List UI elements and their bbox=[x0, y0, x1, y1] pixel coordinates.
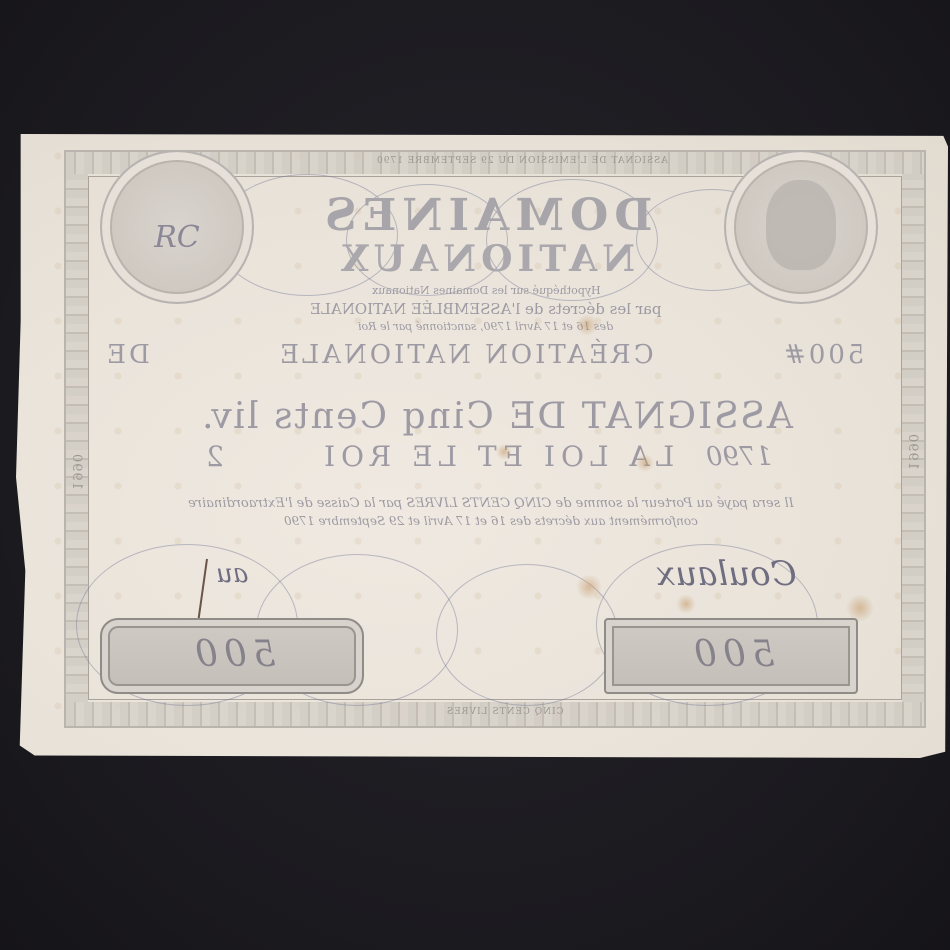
header-line-3: des 16 et 17 Avril 1790, sanctionné par … bbox=[266, 320, 706, 333]
foxing-spot bbox=[576, 574, 602, 600]
promise-line-2: conformément aux décrets des 16 et 17 Av… bbox=[106, 514, 876, 528]
creation-mid: CRÉATION NATIONALE bbox=[277, 340, 654, 370]
serial-number-2: 2 bbox=[206, 440, 224, 473]
seal-monogram: RC bbox=[102, 220, 252, 255]
year-1790: 1790 bbox=[706, 442, 772, 472]
headline-nationaux: NATIONAUX bbox=[266, 238, 706, 280]
signature-right: Coulaux bbox=[656, 554, 797, 594]
creation-line: DE CRÉATION NATIONALE 500# bbox=[104, 340, 864, 370]
main-title: ASSIGNAT DE Cinq Cents liv. bbox=[136, 396, 856, 437]
foxing-spot bbox=[576, 314, 598, 336]
creation-value: 500# bbox=[781, 340, 864, 370]
signature-left: au bbox=[216, 559, 248, 589]
left-value-cartouche: 500 bbox=[100, 618, 364, 694]
headline-domaines: DOMAINES bbox=[266, 190, 706, 241]
king-portrait-icon bbox=[766, 180, 836, 270]
banknote: ASSIGNAT DE L'EMISSION DU 29 SEPTEMBRE 1… bbox=[16, 134, 948, 758]
left-value: 500 bbox=[102, 634, 362, 675]
creation-right: DE bbox=[104, 340, 150, 370]
header-line-1: Hypothéqué sur les Domaines Nationaux bbox=[266, 284, 706, 297]
right-portrait-medallion bbox=[724, 150, 878, 304]
left-seal-medallion: RC bbox=[100, 150, 254, 304]
right-value: 500 bbox=[606, 634, 856, 675]
promise-line-1: Il sera payé au Porteur la somme de CINQ… bbox=[106, 496, 876, 511]
foxing-spot bbox=[636, 454, 654, 472]
header-line-2: par les décrets de l'ASSEMBLÉE NATIONALE bbox=[266, 300, 706, 318]
foxing-spot bbox=[496, 444, 512, 460]
foxing-spot bbox=[676, 594, 696, 614]
right-value-cartouche: 500 bbox=[604, 618, 858, 694]
foxing-spot bbox=[846, 594, 874, 622]
